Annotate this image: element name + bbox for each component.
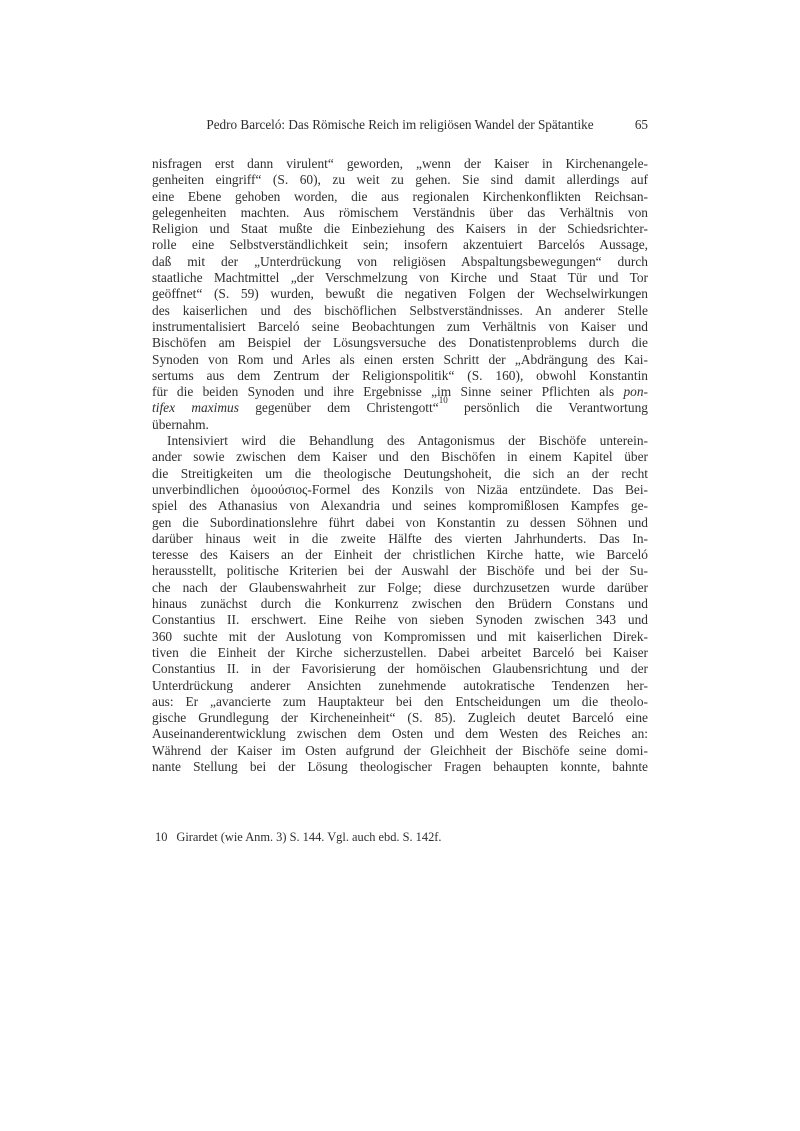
text-line: staatliche Machtmittel „der Verschmelzun… xyxy=(152,270,648,286)
text-line: gische Grundlegung der Kircheneinheit“ (… xyxy=(152,710,648,726)
text-line: Constantius II. erschwert. Eine Reihe vo… xyxy=(152,612,648,628)
text-line: ander sowie zwischen dem Kaiser und den … xyxy=(152,449,648,465)
text-segment: teresse des Kaisers an der Einheit der c… xyxy=(152,547,648,562)
text-line: sertums aus dem Zentrum der Religionspol… xyxy=(152,368,648,384)
text-line: Intensiviert wird die Behandlung des Ant… xyxy=(152,433,648,449)
text-segment: Constantius II. in der Favorisierung der… xyxy=(152,661,648,676)
text-line: Constantius II. in der Favorisierung der… xyxy=(152,661,648,677)
text-segment: che nach der Glaubenswahrheit zur Folge;… xyxy=(152,580,648,595)
footnote: 10Girardet (wie Anm. 3) S. 144. Vgl. auc… xyxy=(155,830,651,845)
text-line: gelegenheiten machten. Aus römischem Ver… xyxy=(152,205,648,221)
text-line: hinaus zunächst durch die Konkurrenz zwi… xyxy=(152,596,648,612)
text-segment: gische Grundlegung der Kircheneinheit“ (… xyxy=(152,710,648,725)
text-line: gen die Subordinationslehre führt dabei … xyxy=(152,515,648,531)
text-line: des kaiserlichen und des bischöflichen S… xyxy=(152,303,648,319)
italic-text-segment: pon- xyxy=(623,384,648,399)
text-segment: gen die Subordinationslehre führt dabei … xyxy=(152,515,648,530)
text-segment: herausstellt, politische Kriterien bei d… xyxy=(152,563,648,578)
footnote-reference: 10 xyxy=(439,395,448,405)
text-line: 360 suchte mit der Auslotung von Komprom… xyxy=(152,629,648,645)
text-segment: staatliche Machtmittel „der Verschmelzun… xyxy=(152,270,648,285)
running-head-title: Pedro Barceló: Das Römische Reich im rel… xyxy=(152,116,648,133)
text-line: Unterdrückung anderer Ansichten zunehmen… xyxy=(152,678,648,694)
text-segment: Synoden von Rom und Arles als einen erst… xyxy=(152,352,648,367)
text-segment: spiel des Athanasius von Alexandria und … xyxy=(152,498,648,513)
text-line: unverbindlichen ὁμοούσιος-Formel des Kon… xyxy=(152,482,648,498)
text-line: Synoden von Rom und Arles als einen erst… xyxy=(152,352,648,368)
text-line: Bischöfen am Beispiel der Lösungsversuch… xyxy=(152,335,648,351)
text-segment: instrumentalisiert Barceló seine Beobach… xyxy=(152,319,648,334)
text-line: daß mit der „Unterdrückung von religiöse… xyxy=(152,254,648,270)
text-line: nante Stellung bei der Lösung theologisc… xyxy=(152,759,648,775)
text-segment: genheiten eingriff“ (S. 60), zu weit zu … xyxy=(152,172,648,187)
document-page: Pedro Barceló: Das Römische Reich im rel… xyxy=(0,0,800,1131)
footnote-text: Girardet (wie Anm. 3) S. 144. Vgl. auch … xyxy=(176,830,441,844)
italic-text-segment: tifex maximus xyxy=(152,400,239,415)
text-segment: des kaiserlichen und des bischöflichen S… xyxy=(152,303,648,318)
text-segment: Religion und Staat mußte die Einbeziehun… xyxy=(152,221,648,236)
text-segment: die Streitigkeiten um die theologische D… xyxy=(152,466,648,481)
text-line: rolle eine Selbstverständlichkeit sein; … xyxy=(152,237,648,253)
text-segment: daß mit der „Unterdrückung von religiöse… xyxy=(152,254,648,269)
text-line: spiel des Athanasius von Alexandria und … xyxy=(152,498,648,514)
text-line: darüber hinaus weit in die zweite Hälfte… xyxy=(152,531,648,547)
text-line: tifex maximus gegenüber dem Christengott… xyxy=(152,400,648,416)
text-segment: eine Ebene gehoben worden, die aus regio… xyxy=(152,189,648,204)
text-segment: für die beiden Synoden und ihre Ergebnis… xyxy=(152,384,623,399)
text-segment: Während der Kaiser im Osten aufgrund der… xyxy=(152,743,648,758)
text-segment: aus: Er „avancierte zum Hauptakteur bei … xyxy=(152,694,648,709)
text-line: geöffnet“ (S. 59) wurden, bewußt die neg… xyxy=(152,286,648,302)
text-segment: sertums aus dem Zentrum der Religionspol… xyxy=(152,368,648,383)
text-segment: Unterdrückung anderer Ansichten zunehmen… xyxy=(152,678,648,693)
text-segment: geöffnet“ (S. 59) wurden, bewußt die neg… xyxy=(152,286,648,301)
text-segment: übernahm. xyxy=(152,417,209,432)
text-segment: ander sowie zwischen dem Kaiser und den … xyxy=(152,449,648,464)
text-line: Religion und Staat mußte die Einbeziehun… xyxy=(152,221,648,237)
text-segment: gelegenheiten machten. Aus römischem Ver… xyxy=(152,205,648,220)
text-line: aus: Er „avancierte zum Hauptakteur bei … xyxy=(152,694,648,710)
text-line: die Streitigkeiten um die theologische D… xyxy=(152,466,648,482)
text-segment: rolle eine Selbstverständlichkeit sein; … xyxy=(152,237,648,252)
text-segment: nante Stellung bei der Lösung theologisc… xyxy=(152,759,648,774)
page-number: 65 xyxy=(635,116,648,133)
text-line: genheiten eingriff“ (S. 60), zu weit zu … xyxy=(152,172,648,188)
text-segment: 360 suchte mit der Auslotung von Komprom… xyxy=(152,629,648,644)
text-segment: gegenüber dem Christengott“ xyxy=(239,400,439,415)
running-head: Pedro Barceló: Das Römische Reich im rel… xyxy=(152,116,648,134)
text-segment: tiven die Einheit der Kirche sicherzuste… xyxy=(152,645,648,660)
text-line: eine Ebene gehoben worden, die aus regio… xyxy=(152,189,648,205)
text-line: tiven die Einheit der Kirche sicherzuste… xyxy=(152,645,648,661)
text-line: herausstellt, politische Kriterien bei d… xyxy=(152,563,648,579)
text-segment: persönlich die Verantwortung xyxy=(448,400,648,415)
text-segment: Intensiviert wird die Behandlung des Ant… xyxy=(167,433,648,448)
text-line: teresse des Kaisers an der Einheit der c… xyxy=(152,547,648,563)
body-text: nisfragen erst dann virulent“ geworden, … xyxy=(152,156,648,775)
text-line: Während der Kaiser im Osten aufgrund der… xyxy=(152,743,648,759)
text-segment: nisfragen erst dann virulent“ geworden, … xyxy=(152,156,648,171)
text-segment: unverbindlichen ὁμοούσιος-Formel des Kon… xyxy=(152,482,648,497)
text-line: nisfragen erst dann virulent“ geworden, … xyxy=(152,156,648,172)
text-segment: darüber hinaus weit in die zweite Hälfte… xyxy=(152,531,648,546)
text-segment: Bischöfen am Beispiel der Lösungsversuch… xyxy=(152,335,648,350)
text-line: übernahm. xyxy=(152,417,648,433)
text-line: che nach der Glaubenswahrheit zur Folge;… xyxy=(152,580,648,596)
text-segment: hinaus zunächst durch die Konkurrenz zwi… xyxy=(152,596,648,611)
text-line: instrumentalisiert Barceló seine Beobach… xyxy=(152,319,648,335)
text-line: Auseinanderentwicklung zwischen dem Oste… xyxy=(152,726,648,742)
text-segment: Auseinanderentwicklung zwischen dem Oste… xyxy=(152,726,648,741)
text-line: für die beiden Synoden und ihre Ergebnis… xyxy=(152,384,648,400)
text-segment: Constantius II. erschwert. Eine Reihe vo… xyxy=(152,612,648,627)
footnote-number: 10 xyxy=(155,830,167,845)
